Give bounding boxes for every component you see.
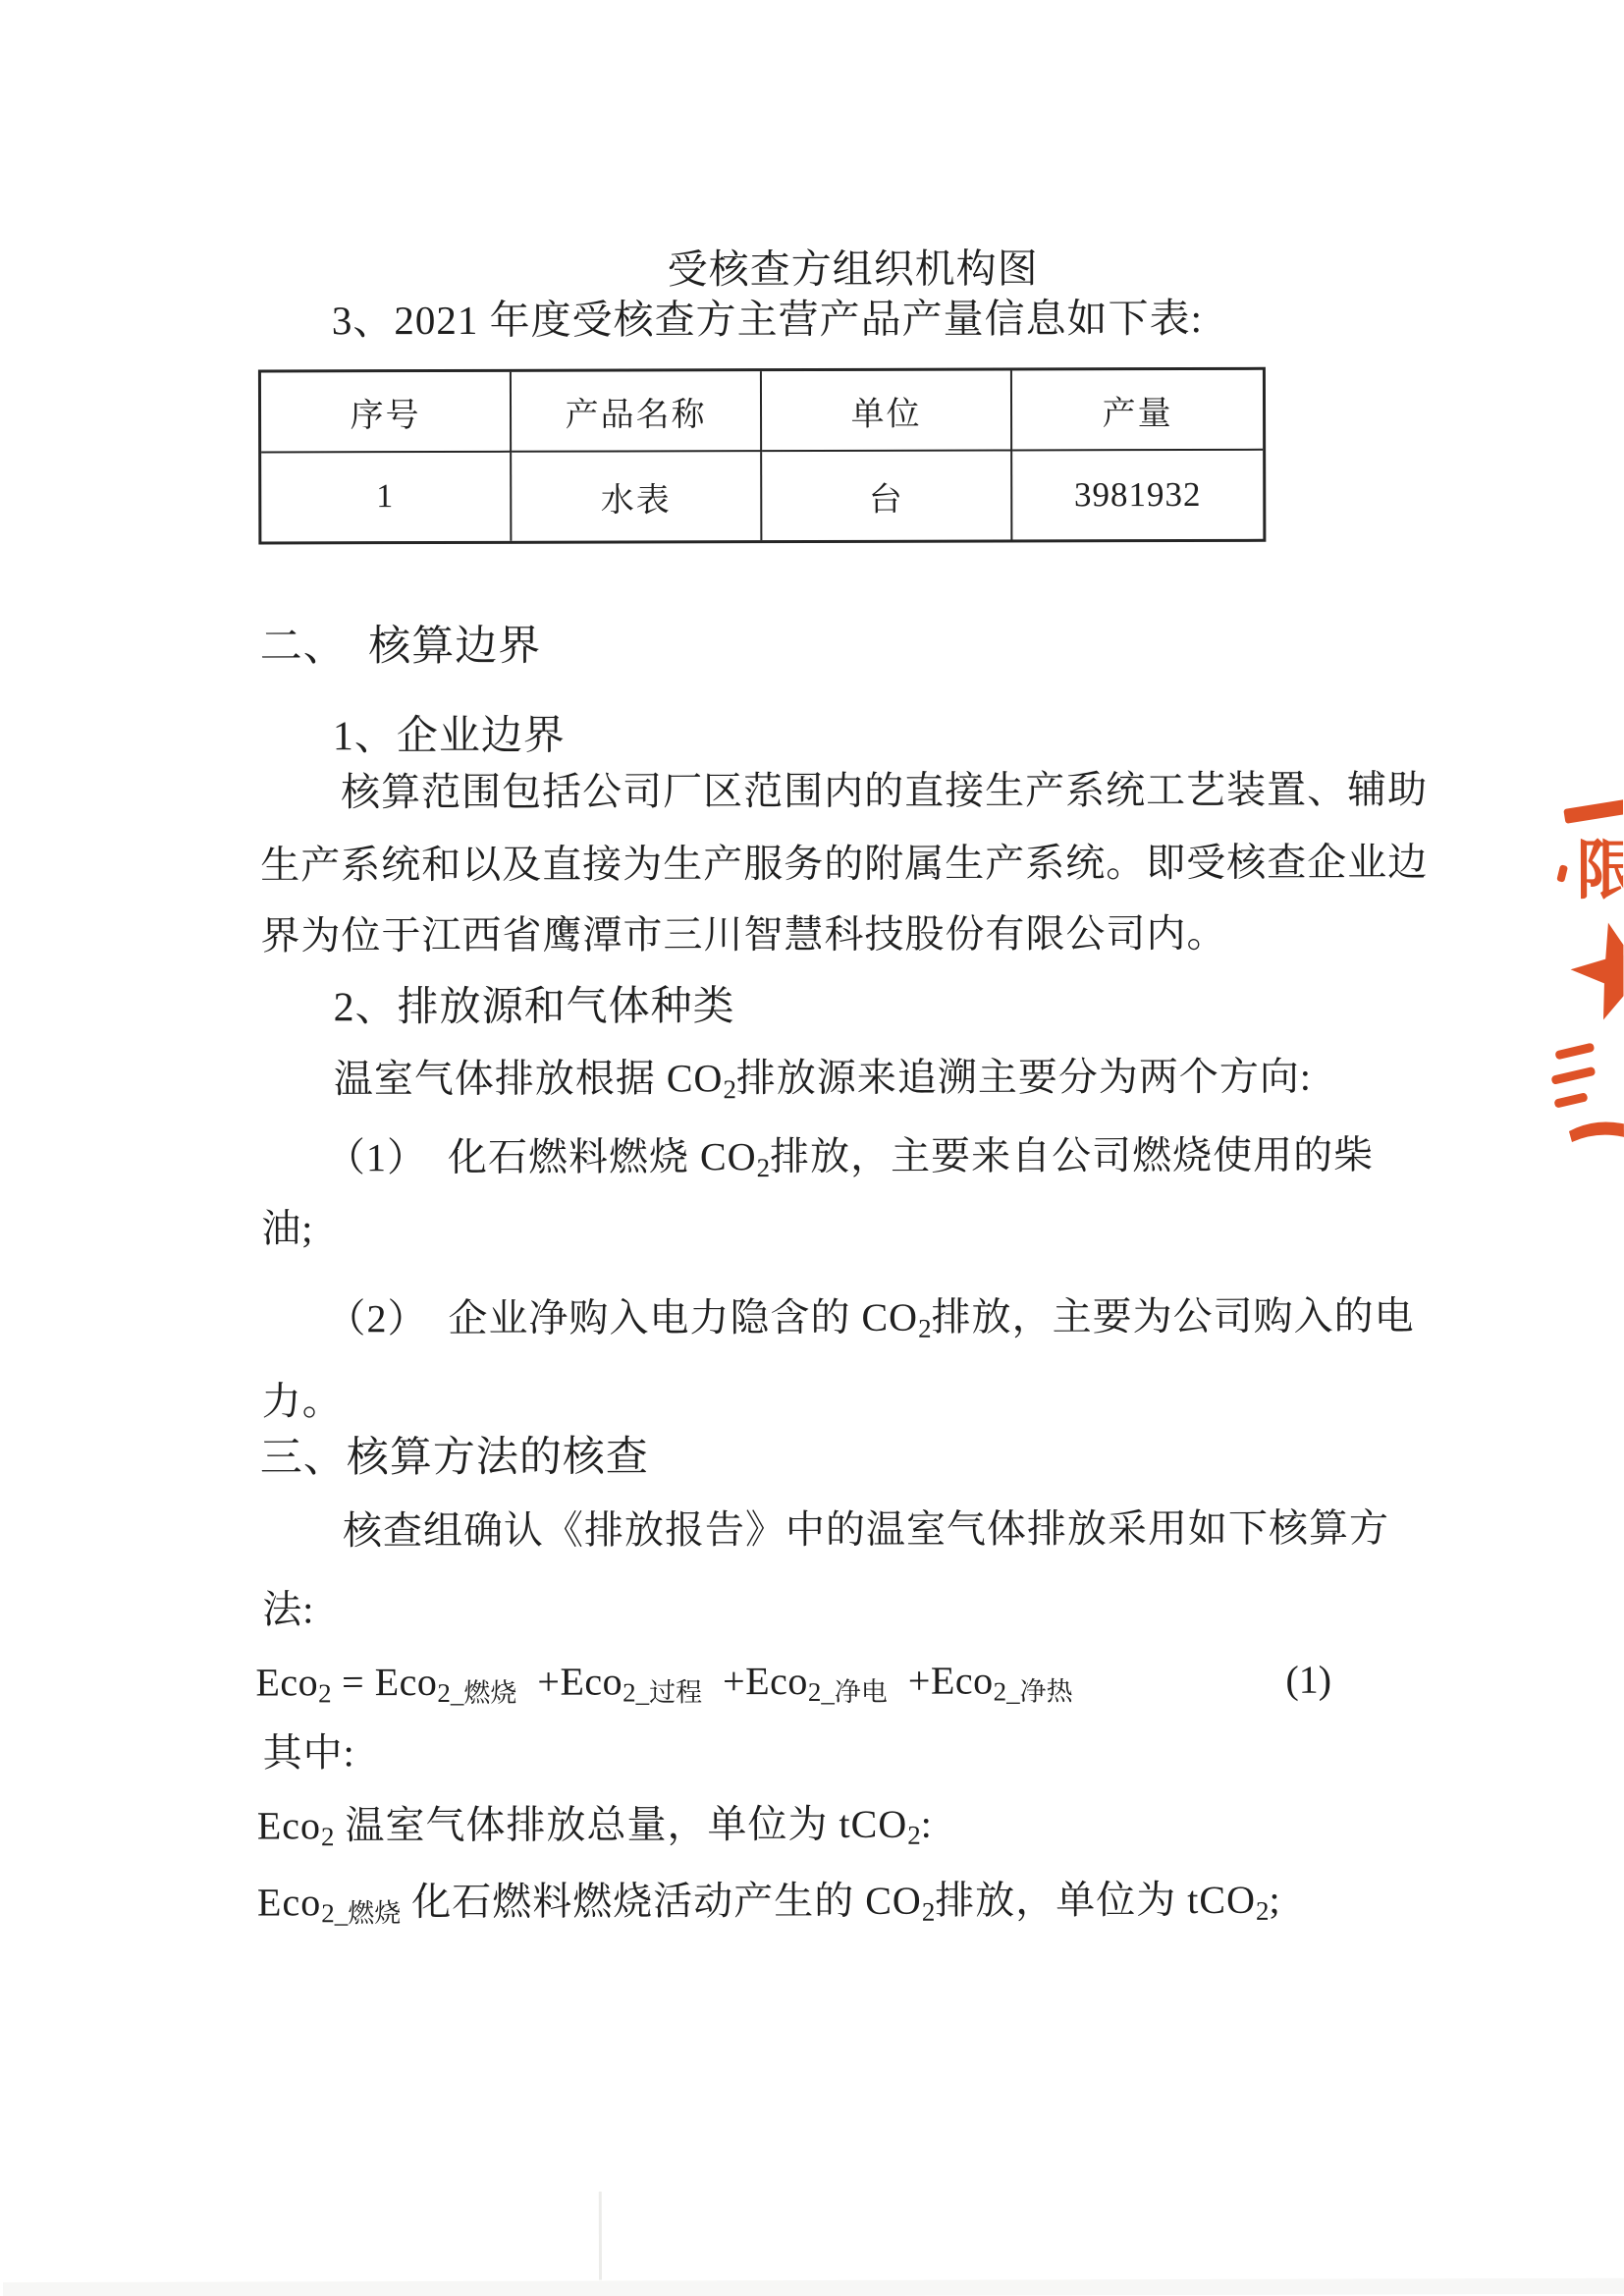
- subsection-heading-1: 1、企业边界: [333, 714, 566, 760]
- table-header-cell: 序号: [261, 372, 512, 454]
- equation-number: (1): [1285, 1657, 1331, 1703]
- seal-stroke: [1554, 1043, 1595, 1061]
- definition-line-combustion: Eco2_燃烧 化石燃料燃烧活动产生的 CO2排放，单位为 tCO2;: [257, 1879, 1281, 1925]
- table-intro-line: 3、2021 年度受核查方主营产品产量信息如下表:: [332, 297, 1203, 343]
- paragraph-line: 界为位于江西省鹰潭市三川智慧科技股份有限公司内。: [260, 912, 1226, 958]
- table-header-cell: 产量: [1012, 370, 1263, 452]
- table-header-cell: 产品名称: [512, 371, 762, 453]
- definition-line-total: Eco2 温室气体排放总量，单位为 tCO2:: [257, 1803, 933, 1848]
- list-item-1-continuation: 油;: [261, 1207, 313, 1250]
- table-cell-quantity: 3981932: [1012, 451, 1263, 540]
- emission-formula-row: Eco2 = Eco2_燃烧 +Eco2_过程 +Eco2_净电 +Eco2_净…: [1, 1656, 1624, 1660]
- emission-formula: Eco2 = Eco2_燃烧 +Eco2_过程 +Eco2_净电 +Eco2_净…: [255, 1657, 1072, 1705]
- page-title: 受核查方组织机构图: [41, 246, 1624, 294]
- scan-artifact-line: [599, 2192, 602, 2280]
- list-item-2-continuation: 力。: [262, 1380, 343, 1423]
- seal-stroke: [1553, 1092, 1588, 1108]
- paragraph-line: 法:: [262, 1588, 314, 1631]
- where-label: 其中:: [263, 1731, 355, 1775]
- product-table: 序号 产品名称 单位 产量 1 水表 台 3981932: [258, 367, 1266, 545]
- section-heading-3: 三、核算方法的核查: [260, 1434, 649, 1481]
- seal-graphic: 限: [1541, 789, 1624, 1154]
- scan-artifact-band: [3, 2278, 1624, 2296]
- seal-star-icon: [1561, 910, 1624, 1025]
- paragraph-line: 核查组确认《排放报告》中的温室气体排放采用如下核算方: [343, 1506, 1389, 1553]
- seal-stroke: [1556, 864, 1568, 882]
- table-cell: 台: [762, 451, 1012, 540]
- seal-stroke: [1563, 799, 1624, 824]
- list-item-1: （1） 化石燃料燃烧 CO2排放，主要来自公司燃烧使用的柴: [326, 1134, 1374, 1180]
- seal-stroke: [1550, 1066, 1596, 1085]
- section-heading-2: 二、 核算边界: [260, 624, 542, 671]
- seal-stroke: [1569, 1121, 1624, 1142]
- seal-glyph-xian: 限: [1576, 836, 1624, 907]
- list-item-2: （2） 企业净购入电力隐含的 CO2排放，主要为公司购入的电: [326, 1294, 1414, 1340]
- paragraph-line: 核算范围包括公司厂区范围内的直接生产系统工艺装置、辅助: [341, 768, 1428, 814]
- table-cell: 水表: [512, 452, 762, 541]
- table-cell: 1: [261, 453, 512, 542]
- table-header-cell: 单位: [762, 370, 1012, 452]
- paragraph-line: 生产系统和以及直接为生产服务的附属生产系统。即受核查企业边: [260, 841, 1428, 887]
- paragraph-line: 温室气体排放根据 CO2排放源来追溯主要分为两个方向:: [334, 1056, 1312, 1102]
- subsection-heading-2: 2、排放源和气体种类: [334, 984, 735, 1030]
- red-seal-stamp: 限: [1541, 789, 1624, 1154]
- document-page: 受核查方组织机构图 3、2021 年度受核查方主营产品产量信息如下表: 序号 产…: [0, 0, 1624, 2296]
